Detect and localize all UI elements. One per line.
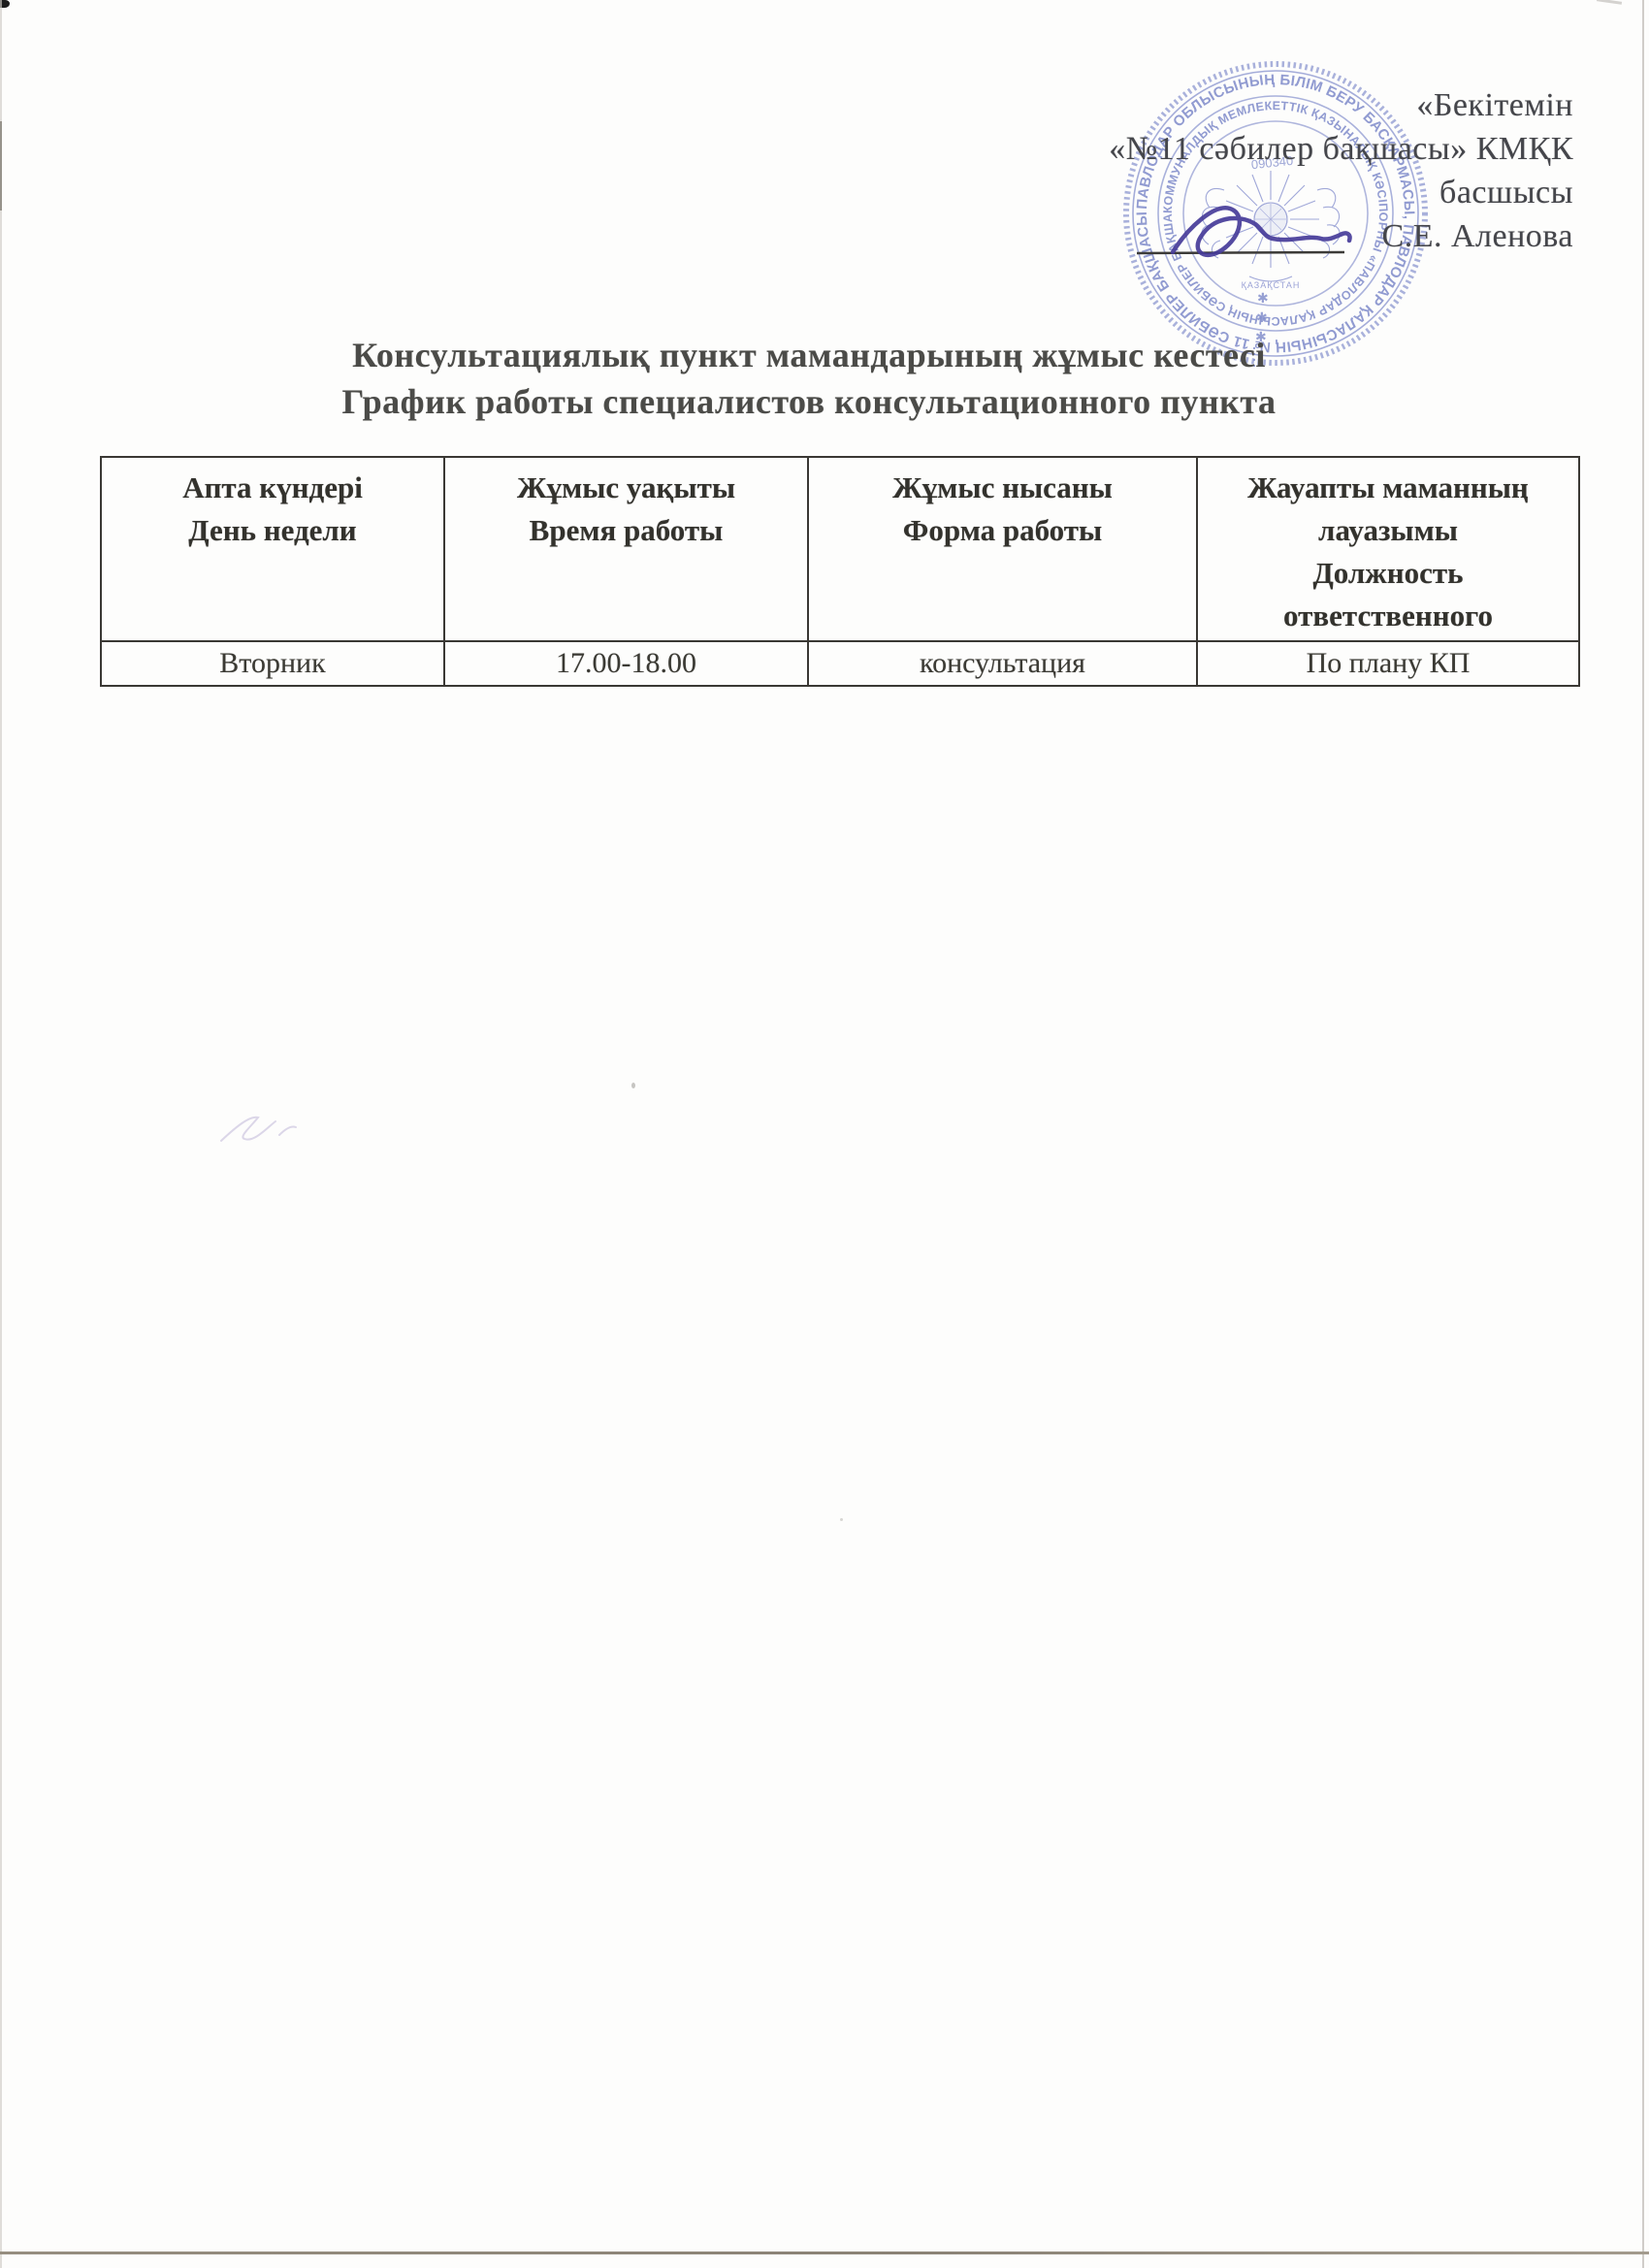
header-line: День недели: [103, 509, 442, 552]
header-line: Форма работы: [810, 509, 1195, 552]
signature-layer: [1102, 45, 1471, 379]
header-line: лауазымы: [1199, 509, 1577, 552]
scan-speck: [840, 1518, 843, 1521]
header-cell-work-time: Жұмыс уақыты Время работы: [444, 457, 808, 641]
scanned-document-page: ПАВЛОДАР ОБЛЫСЫНЫҢ БІЛІМ БЕРУ БАСҚАРМАСЫ…: [0, 0, 1649, 2268]
scan-right-edge-line: [1642, 0, 1644, 2268]
scan-bottom-edge-line: [0, 2252, 1649, 2254]
schedule-table: Апта күндері День недели Жұмыс уақыты Вр…: [100, 456, 1580, 687]
header-line: Апта күндері: [103, 467, 442, 509]
scan-speck: [631, 1083, 635, 1088]
header-cell-work-form: Жұмыс нысаны Форма работы: [808, 457, 1197, 641]
faint-ink-smudge: [194, 1096, 330, 1174]
scan-left-edge-dark-segment: [0, 121, 2, 211]
cell-work-form: консультация: [808, 641, 1197, 686]
title-line-russian: График работы специалистов консультацион…: [0, 378, 1618, 425]
cell-weekday: Вторник: [101, 641, 444, 686]
header-cell-responsible: Жауапты маманның лауазымы Должность отве…: [1197, 457, 1579, 641]
header-line: ответственного: [1199, 595, 1577, 637]
header-line: Жұмыс нысаны: [810, 467, 1195, 509]
header-line: Время работы: [446, 509, 806, 552]
table-row: Вторник 17.00-18.00 консультация По план…: [101, 641, 1579, 686]
cell-work-time: 17.00-18.00: [444, 641, 808, 686]
table-header-row: Апта күндері День недели Жұмыс уақыты Вр…: [101, 457, 1579, 641]
cell-responsible: По плану КП: [1197, 641, 1579, 686]
header-line: Должность: [1199, 552, 1577, 595]
handwritten-signature: [1173, 208, 1350, 255]
header-line: Жұмыс уақыты: [446, 467, 806, 509]
header-line: Жауапты маманның: [1199, 467, 1577, 509]
header-cell-weekday: Апта күндері День недели: [101, 457, 444, 641]
signature-line: [1137, 252, 1344, 253]
scan-corner-scratch: [1597, 0, 1622, 5]
